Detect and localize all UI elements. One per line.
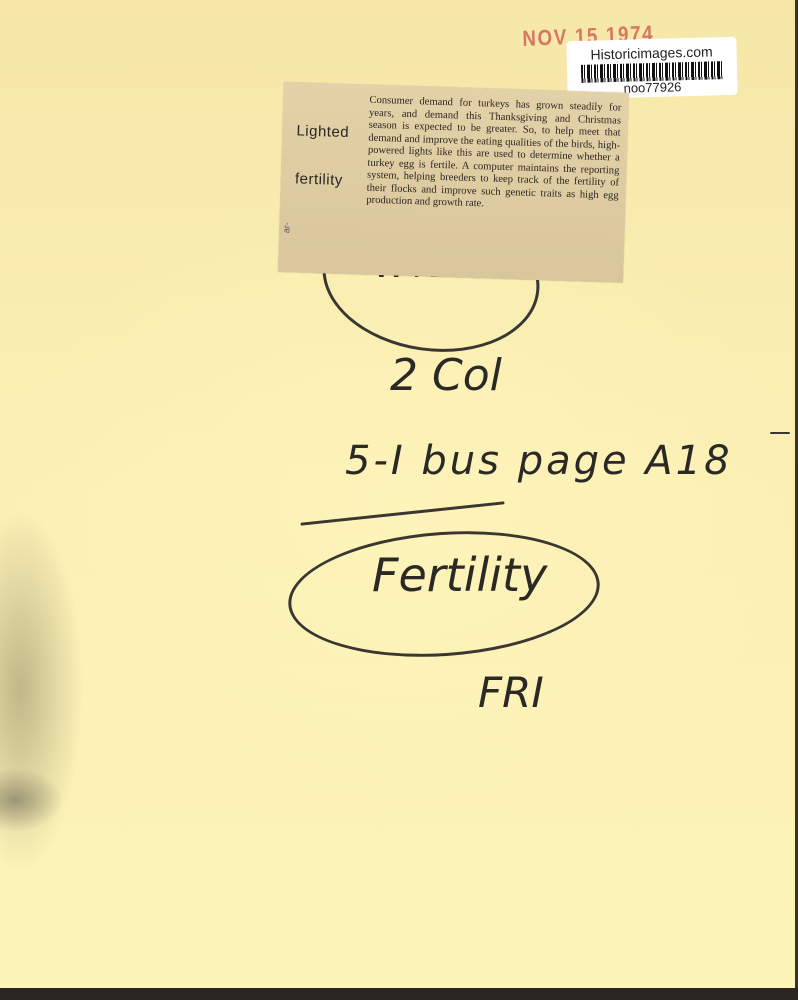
- newspaper-clipping: Lighted fertility ar- Consumer demand fo…: [278, 82, 629, 283]
- placement-underline: [300, 501, 504, 525]
- clipping-headline-line2: fertility: [295, 170, 343, 188]
- edge-dash: [770, 432, 790, 434]
- clipping-headline-line1: Lighted: [296, 122, 349, 141]
- photo-back-paper: NOV 15 1974 Historicimages.com noo77926 …: [0, 0, 798, 988]
- clipping-side-fragment: ar-: [281, 222, 291, 233]
- handwritten-day: FRI: [478, 668, 544, 717]
- handwritten-columns: 2 Col: [390, 350, 502, 401]
- handwritten-slug: Fertility: [372, 548, 547, 602]
- archive-barcode-label: Historicimages.com noo77926: [566, 37, 737, 99]
- archive-site-name: Historicimages.com: [566, 43, 736, 63]
- clipping-caption: Consumer demand for turkeys has grown st…: [366, 95, 621, 215]
- handwritten-placement: 5-I bus page A18: [345, 438, 733, 484]
